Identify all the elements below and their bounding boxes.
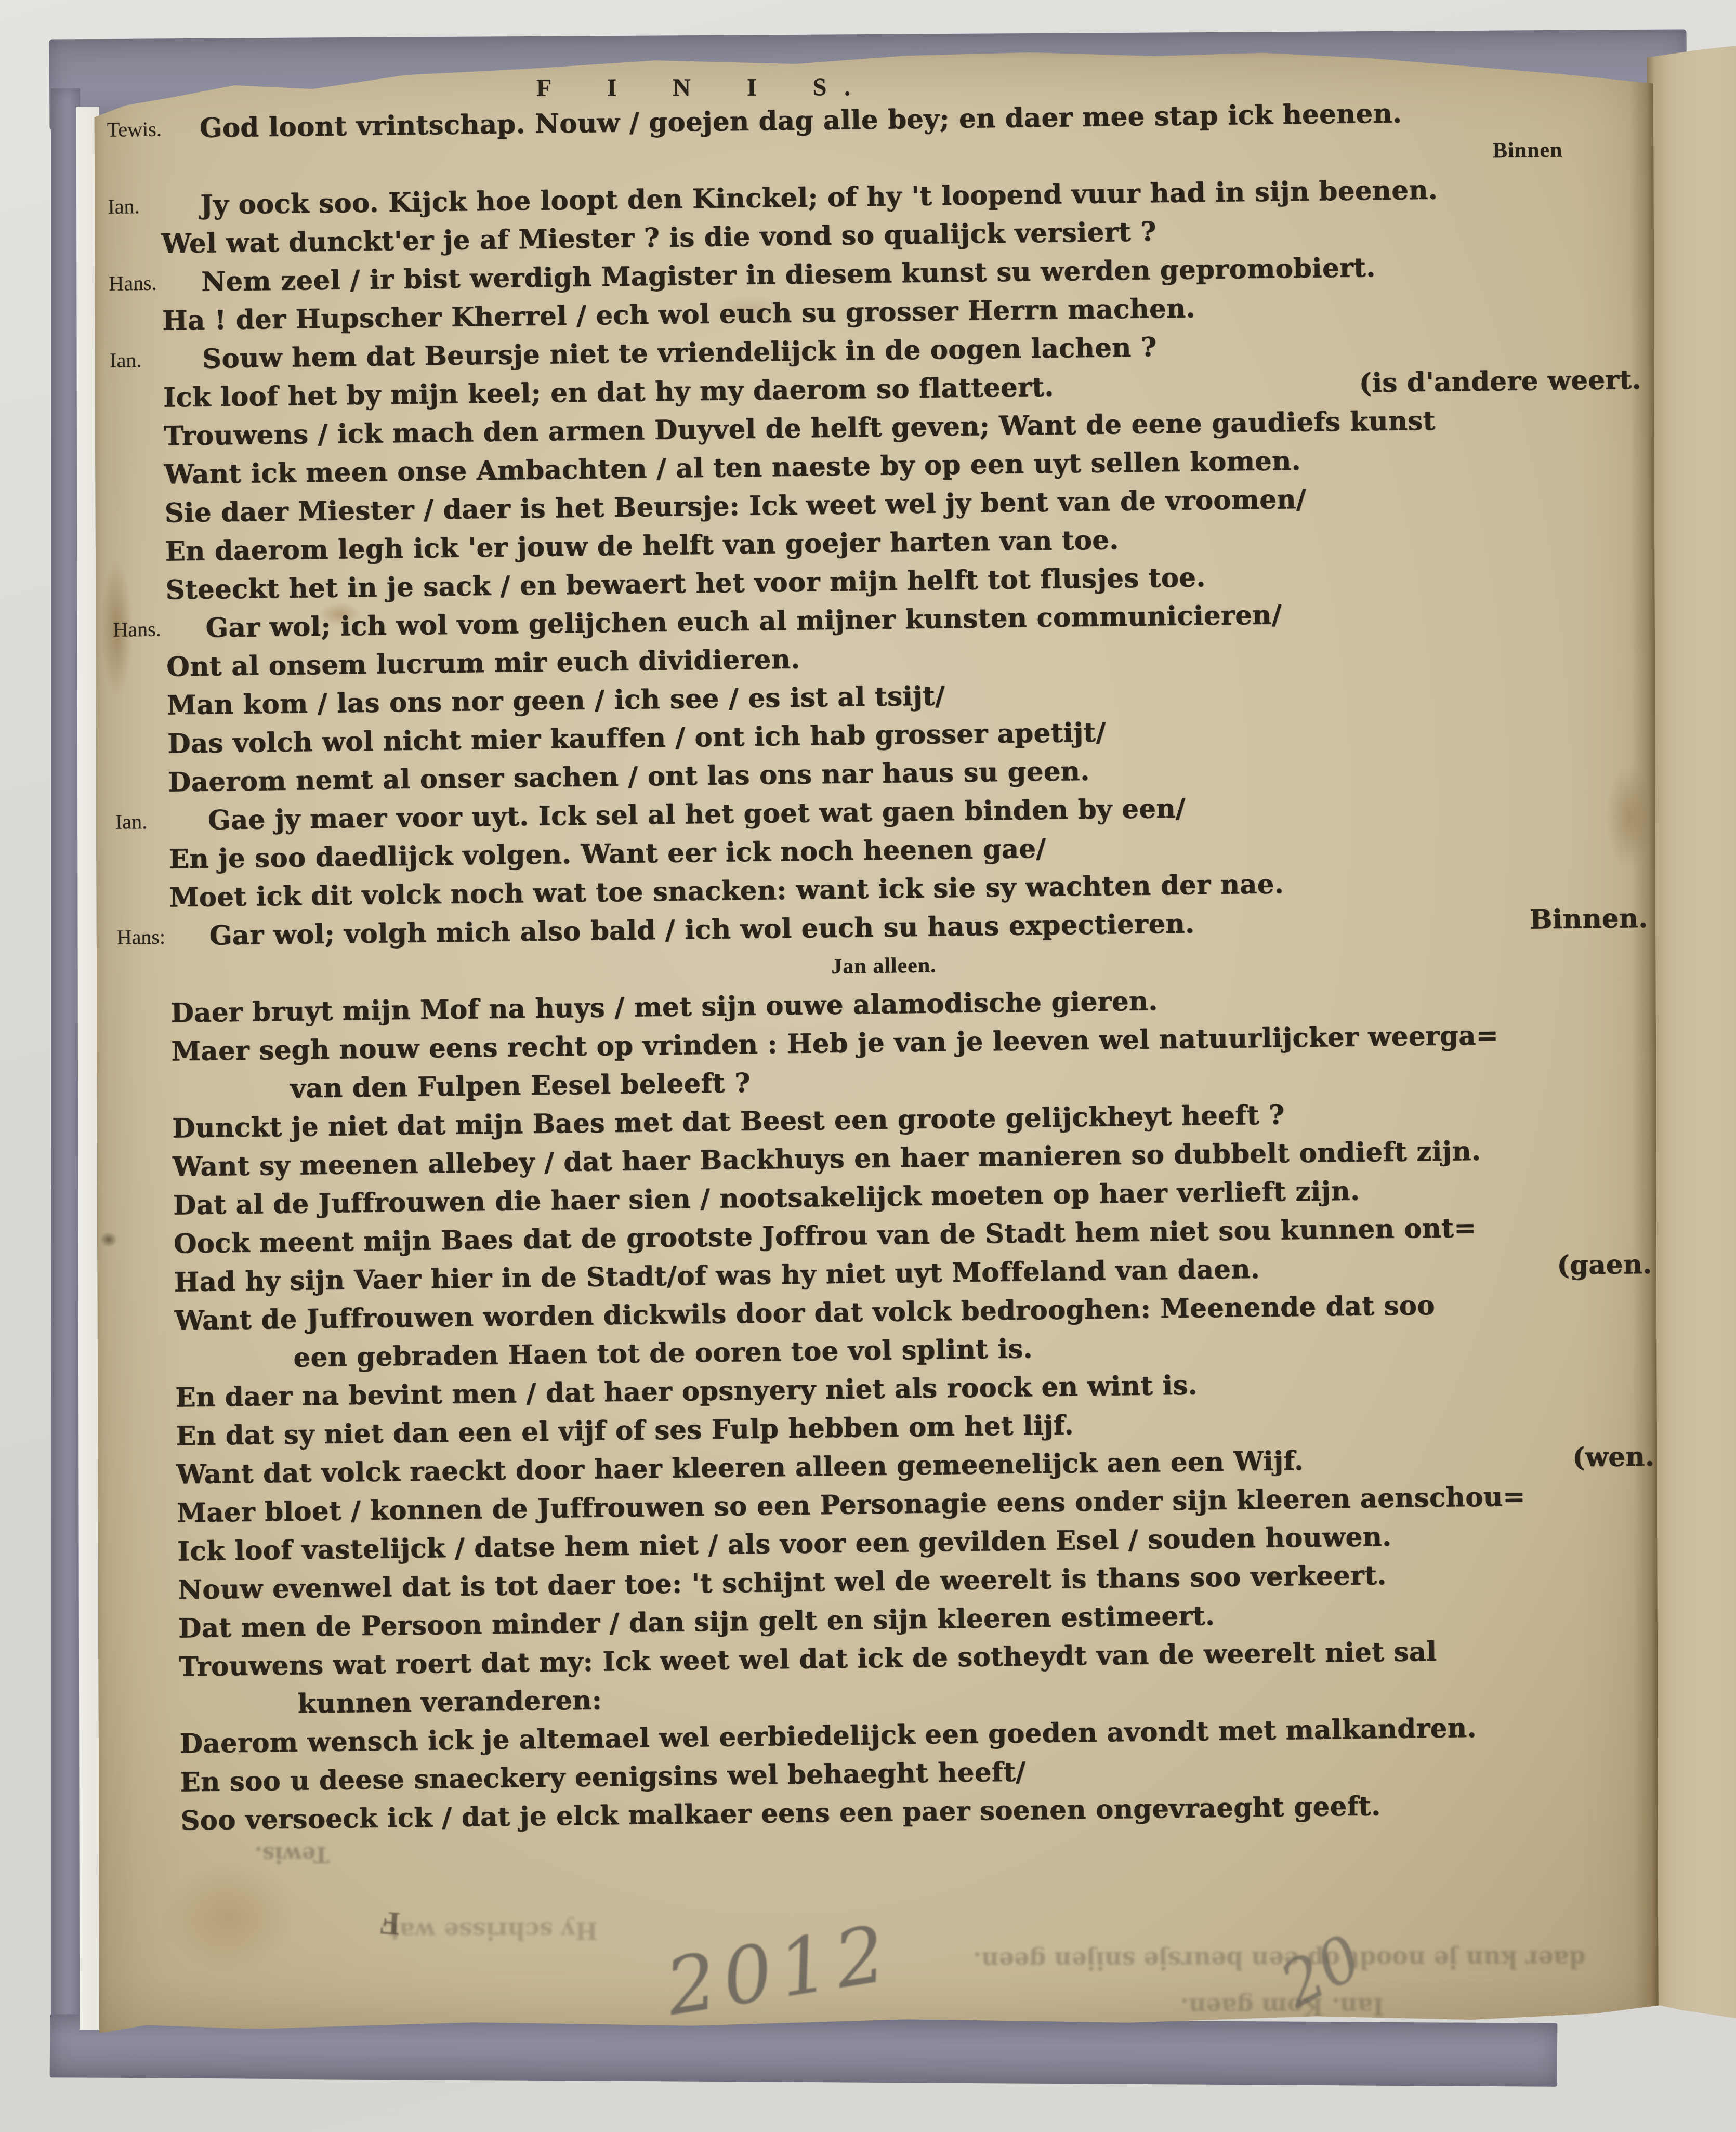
line-text: van den Fulpen Eesel beleeft ?: [290, 1068, 751, 1104]
line-text: Ick loof het by mijn keel; en dat hy my …: [163, 372, 1054, 414]
line-text: kunnen veranderen:: [297, 1684, 602, 1719]
line-text: een gebraden Haen tot de ooren toe vol s…: [293, 1333, 1033, 1373]
ink-speck: [100, 1232, 117, 1247]
text-block: Tewis.God loont vrintschap. Nouw / goeje…: [107, 91, 1661, 1841]
speaker-label: Hans:: [116, 918, 165, 957]
speaker-label: Ian.: [108, 187, 140, 226]
speaker-label: Hans.: [113, 610, 161, 649]
adjoining-leaf-edge: [1647, 46, 1736, 2018]
bleedthrough-text: Tewis.: [255, 1842, 330, 1867]
bleedthrough-text: daer kun je noodt op een beursje snijen …: [390, 1945, 1586, 1976]
speaker-label: Tewis.: [107, 110, 162, 149]
line-text: Ont al onsem lucrum mir euch dividieren.: [166, 644, 800, 683]
margin-note: (wen.: [1572, 1438, 1655, 1477]
margin-note: (is d'andere weert.: [1359, 361, 1641, 403]
speaker-label: Ian.: [115, 802, 148, 841]
line-text: Man kom / las ons nor geen / ich see / e…: [167, 680, 945, 721]
line-text: En soo u deese snaeckery eenigsins wel b…: [180, 1757, 1025, 1798]
margin-note: (gaen.: [1557, 1245, 1652, 1285]
speaker-label: Ian.: [110, 341, 142, 380]
speaker-label: Hans.: [109, 264, 157, 303]
line-text: Jan alleen.: [831, 953, 937, 978]
bleedthrough-text: Hy schrisse wat.: [255, 1916, 722, 1945]
line-text: Binnen: [1493, 138, 1563, 163]
margin-note: Binnen.: [1530, 899, 1648, 939]
line-text: En dat sy niet dan een el vijf of ses Fu…: [176, 1410, 1074, 1452]
bleedthrough-signature-letter: F: [378, 1903, 401, 1943]
photographed-book-page: { "document": { "kind": "early-modern pr…: [0, 0, 1736, 2132]
line-text: En je soo daedlijck volgen. Want eer ick…: [169, 833, 1046, 875]
printed-page: Tewis.God loont vrintschap. Nouw / goeje…: [94, 48, 1659, 2035]
book-cover-left-edge: [51, 88, 80, 2058]
bleedthrough-text: Ian. Kom gaen.: [1180, 1992, 1384, 2021]
